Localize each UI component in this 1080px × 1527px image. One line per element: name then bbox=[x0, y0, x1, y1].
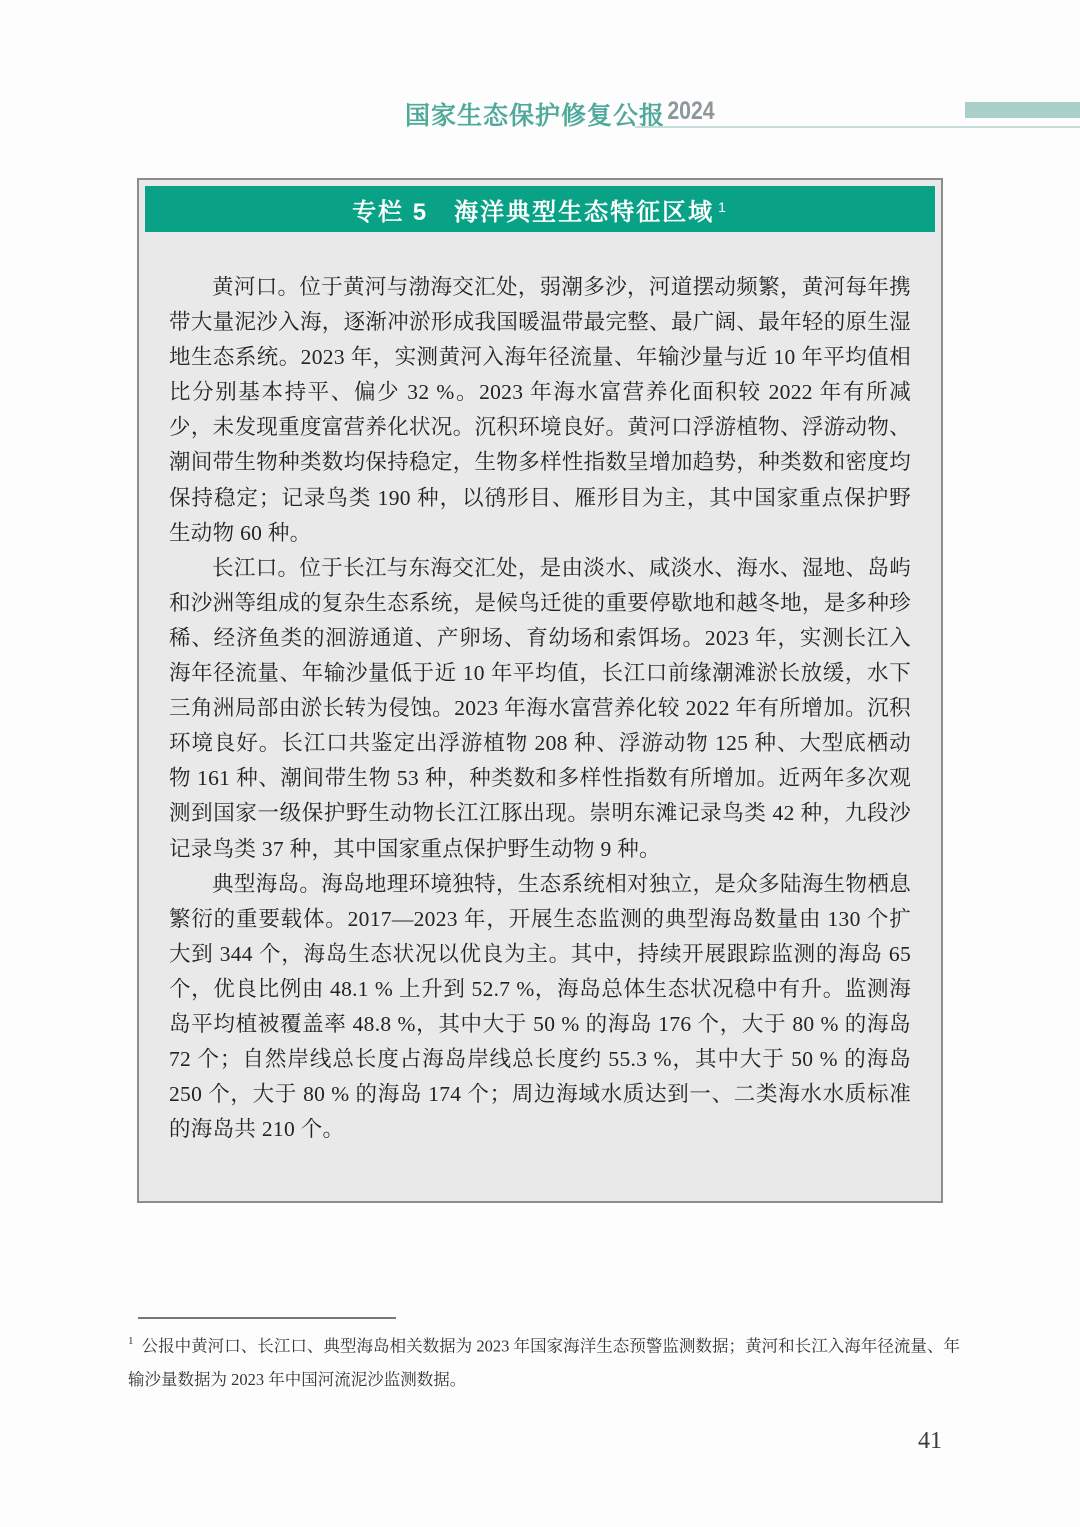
footnote-reference-mark: 1 bbox=[718, 199, 728, 215]
page-number: 41 bbox=[918, 1428, 942, 1455]
footnote-separator bbox=[138, 1317, 396, 1319]
column-box-body: 黄河口。位于黄河与渤海交汇处，弱潮多沙，河道摆动频繁，黄河每年携带大量泥沙入海，… bbox=[139, 232, 941, 1201]
column-box-title: 专栏 5 海洋典型生态特征区域 bbox=[352, 192, 714, 227]
footnote-number: 1 bbox=[128, 1335, 134, 1347]
decorative-bar bbox=[965, 102, 1080, 118]
paragraph-yellow-river-estuary: 黄河口。位于黄河与渤海交汇处，弱潮多沙，河道摆动频繁，黄河每年携带大量泥沙入海，… bbox=[169, 270, 911, 551]
paragraph-yangtze-estuary: 长江口。位于长江与东海交汇处，是由淡水、咸淡水、海水、湿地、岛屿和沙洲等组成的复… bbox=[169, 551, 911, 867]
column-box: 专栏 5 海洋典型生态特征区域1 黄河口。位于黄河与渤海交汇处，弱潮多沙，河道摆… bbox=[137, 178, 943, 1203]
footnote: 1公报中黄河口、长江口、典型海岛相关数据为 2023 年国家海洋生态预警监测数据… bbox=[128, 1326, 960, 1396]
paragraph-typical-islands: 典型海岛。海岛地理环境独特，生态系统相对独立，是众多陆海生物栖息繁衍的重要载体。… bbox=[169, 867, 911, 1148]
column-box-header: 专栏 5 海洋典型生态特征区域1 bbox=[145, 186, 935, 232]
running-head: 国家生态保护修复公报 2024 bbox=[0, 96, 1080, 130]
header-rule bbox=[635, 126, 1080, 128]
footnote-text: 公报中黄河口、长江口、典型海岛相关数据为 2023 年国家海洋生态预警监测数据；… bbox=[128, 1337, 960, 1389]
report-year: 2024 bbox=[668, 97, 715, 126]
report-title: 国家生态保护修复公报 bbox=[405, 96, 665, 132]
report-page: 国家生态保护修复公报 2024 专栏 5 海洋典型生态特征区域1 黄河口。位于黄… bbox=[0, 0, 1080, 1527]
